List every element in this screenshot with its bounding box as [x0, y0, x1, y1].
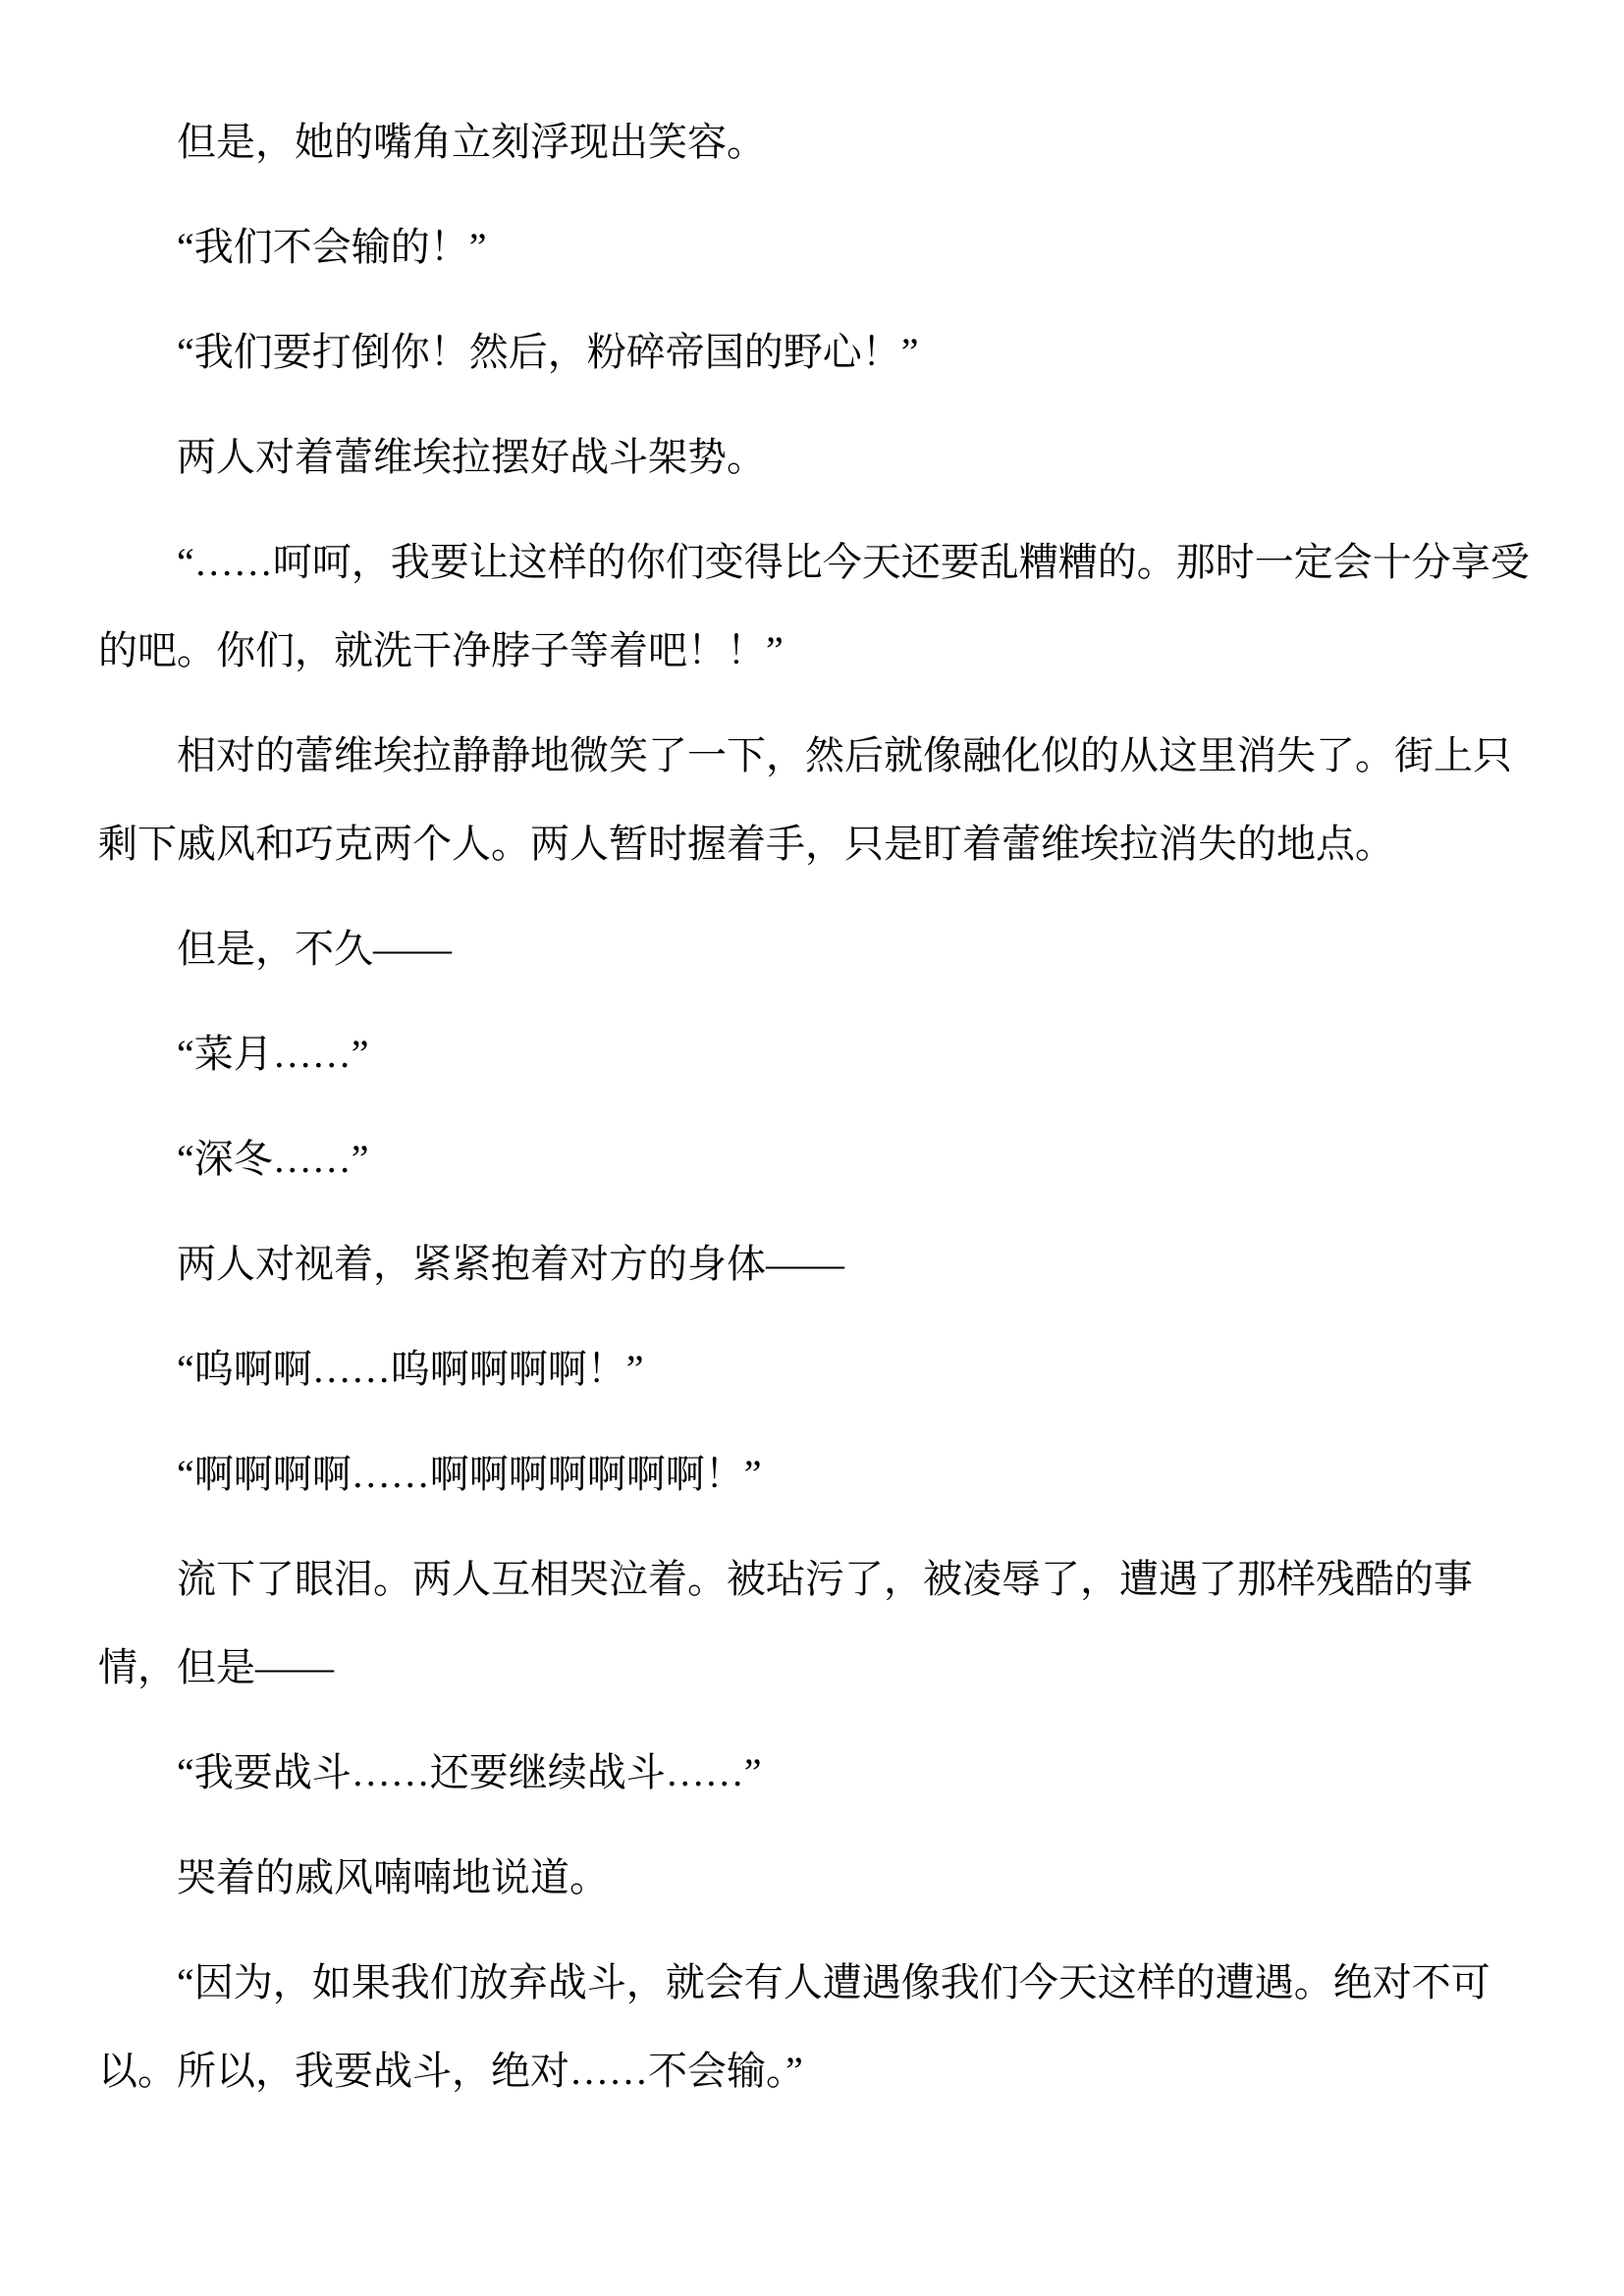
paragraph-14: “我要战斗……还要继续战斗……” [98, 1729, 1534, 1817]
paragraph-1: 但是，她的嘴角立刻浮现出笑容。 [98, 98, 1534, 187]
paragraph-5: “……呵呵，我要让这样的你们变得比今天还要乱糟糟的。那时一定会十分享受的吧。你们… [98, 518, 1534, 695]
paragraph-6: 相对的蕾维埃拉静静地微笑了一下，然后就像融化似的从这里消失了。街上只剩下戚风和巧… [98, 712, 1534, 888]
paragraph-16: “因为，如果我们放弃战斗，就会有人遭遇像我们今天这样的遭遇。绝对不可以。所以，我… [98, 1939, 1534, 2115]
paragraph-13: 流下了眼泪。两人互相哭泣着。被玷污了，被凌辱了，遭遇了那样残酷的事情，但是—— [98, 1535, 1534, 1712]
paragraph-10: 两人对视着，紧紧抱着对方的身体—— [98, 1220, 1534, 1308]
paragraph-2: “我们不会输的！” [98, 203, 1534, 292]
paragraph-15: 哭着的戚风喃喃地说道。 [98, 1834, 1534, 1922]
paragraph-4: 两人对着蕾维埃拉摆好战斗架势。 [98, 413, 1534, 502]
paragraph-8: “菜月……” [98, 1010, 1534, 1098]
paragraph-3: “我们要打倒你！然后，粉碎帝国的野心！” [98, 308, 1534, 397]
paragraph-7: 但是，不久—— [98, 905, 1534, 993]
paragraph-12: “啊啊啊啊……啊啊啊啊啊啊啊！” [98, 1430, 1534, 1519]
paragraph-11: “呜啊啊……呜啊啊啊啊！” [98, 1325, 1534, 1414]
document-page: 但是，她的嘴角立刻浮现出笑容。 “我们不会输的！” “我们要打倒你！然后，粉碎帝… [0, 0, 1624, 2296]
paragraph-9: “深冬……” [98, 1115, 1534, 1203]
